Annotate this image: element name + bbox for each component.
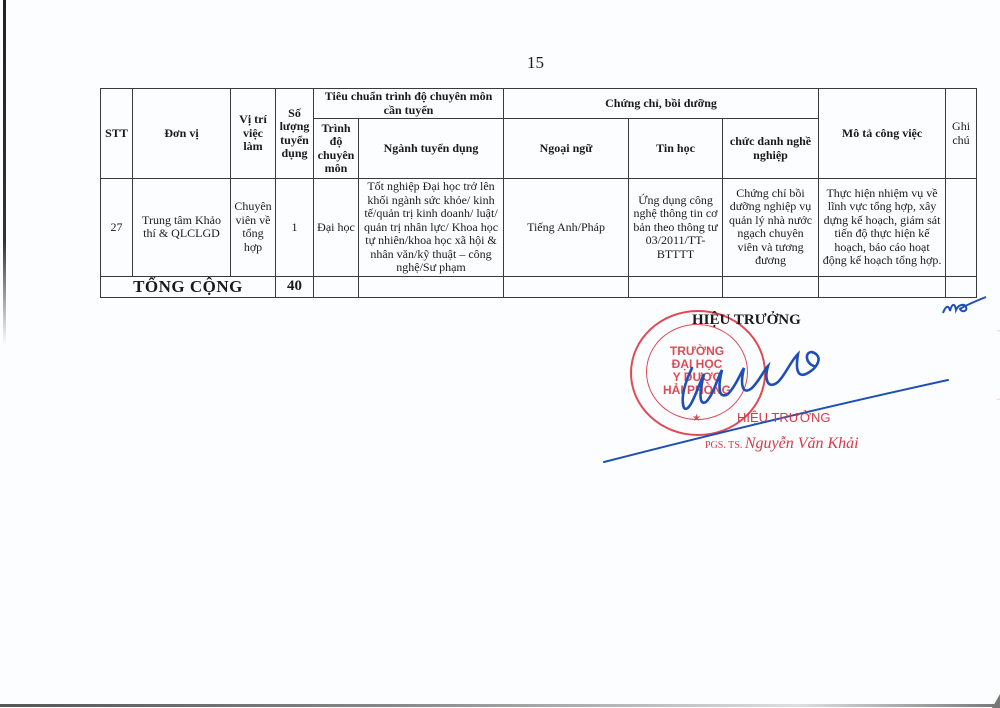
cell-trinh-do: Đại học (314, 179, 359, 277)
header-ghi-chu: Ghi chú (946, 89, 977, 179)
cell-ghi-chu (946, 179, 977, 277)
recruitment-table: STT Đơn vị Vị trí việc làm Số lượng tuyể… (100, 88, 977, 298)
cell-ngoai-ngu: Tiếng Anh/Pháp (504, 179, 629, 277)
cell-so-luong: 1 (276, 179, 314, 277)
total-value: 40 (276, 276, 314, 297)
scan-corner (992, 694, 1000, 708)
total-empty (359, 276, 504, 297)
header-so-luong: Số lượng tuyển dụng (276, 89, 314, 179)
scan-edge-bottom (0, 704, 1000, 707)
header-nganh: Ngành tuyển dụng (359, 119, 504, 179)
scan-edge-left (3, 0, 6, 345)
cell-mo-ta: Thực hiện nhiệm vụ về lĩnh vực tổng hợp,… (819, 179, 946, 277)
total-empty (314, 276, 359, 297)
table-row: 27 Trung tâm Khảo thí & QLCLGD Chuyên vi… (101, 179, 977, 277)
cell-nganh: Tốt nghiệp Đại học trở lên khối ngành sứ… (359, 179, 504, 277)
header-chuc-danh: chức danh nghề nghiệp (723, 119, 819, 179)
cell-don-vi: Trung tâm Khảo thí & QLCLGD (133, 179, 231, 277)
header-chung-chi-group: Chứng chỉ, bồi dưỡng (504, 89, 819, 119)
cell-tin-hoc: Ứng dụng công nghệ thông tin cơ bản theo… (629, 179, 723, 277)
header-stt: STT (101, 89, 133, 179)
cell-stt: 27 (101, 179, 133, 277)
header-row-1: STT Đơn vị Vị trí việc làm Số lượng tuyể… (101, 89, 977, 119)
total-label: TỔNG CỘNG (101, 276, 276, 297)
cell-vi-tri: Chuyên viên về tổng hợp (231, 179, 276, 277)
page-number: 15 (527, 53, 544, 73)
header-mo-ta: Mô tả công việc (819, 89, 946, 179)
stamp-name-script: Nguyễn Văn Khải (745, 435, 859, 452)
header-don-vi: Đơn vị (133, 89, 231, 179)
header-ngoai-ngu: Ngoại ngữ (504, 119, 629, 179)
stamp-position: HIỆU TRƯỞNG (737, 410, 831, 425)
header-tin-hoc: Tin học (629, 119, 723, 179)
header-tieu-chuan-group: Tiêu chuẩn trình độ chuyên môn cần tuyển (314, 89, 504, 119)
header-vi-tri: Vị trí việc làm (231, 89, 276, 179)
cell-chuc-danh: Chứng chỉ bồi dưỡng nghiệp vụ quản lý nh… (723, 179, 819, 277)
signature-block: TRƯỜNG ĐẠI HỌC Y DƯỢC HẢI PHÒNG ★ HIỆU T… (600, 290, 1000, 480)
stamp-name-prefix: PGS. TS. (705, 440, 742, 451)
header-trinh-do: Trình độ chuyên môn (314, 119, 359, 179)
stamp-name: PGS. TS. Nguyễn Văn Khải (705, 435, 859, 453)
